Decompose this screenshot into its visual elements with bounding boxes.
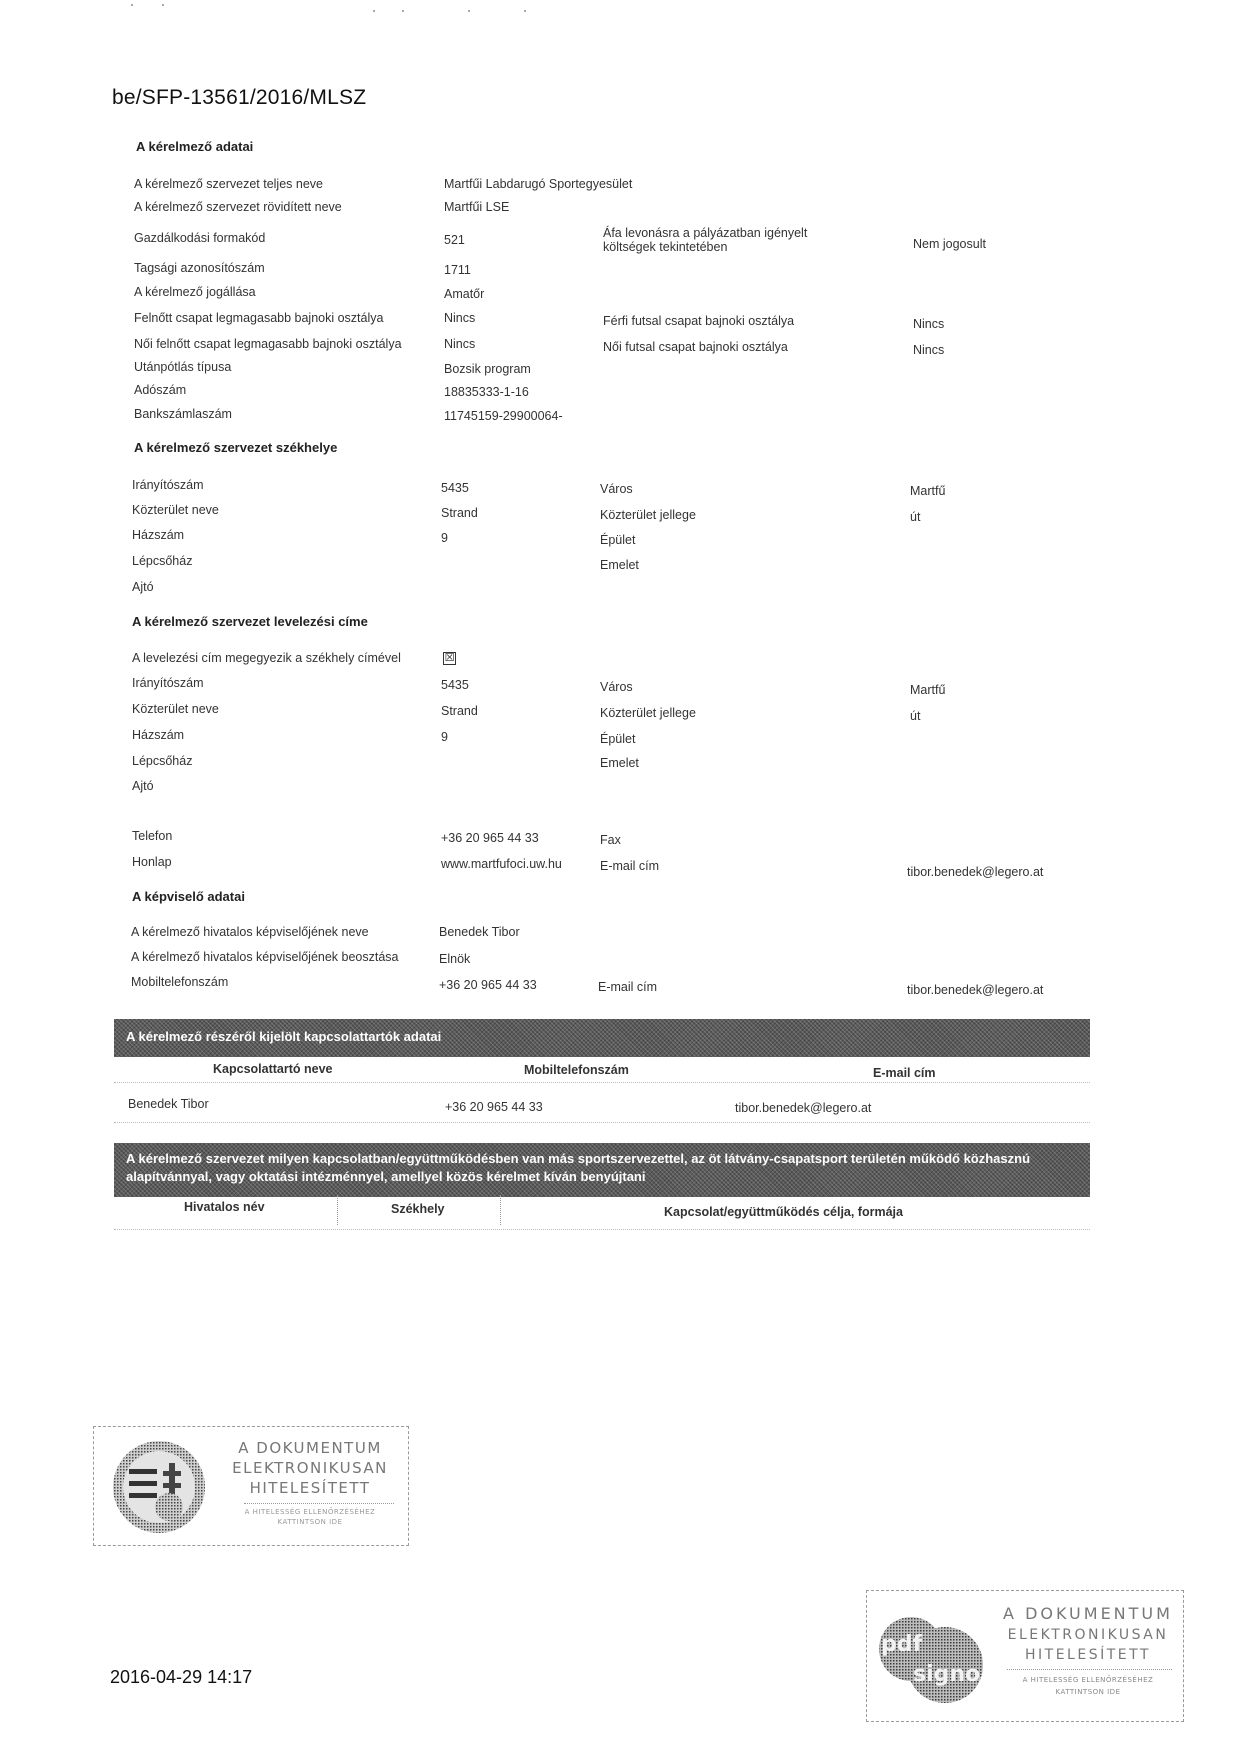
field-label: Adószám bbox=[134, 383, 186, 397]
stamp-line: A HITELESSÉG ELLENŐRZÉSÉHEZ bbox=[995, 1675, 1181, 1685]
field-value: Amatőr bbox=[444, 287, 484, 301]
field-label: Közterület jellege bbox=[600, 508, 696, 522]
field-label: Irányítószám bbox=[132, 478, 204, 492]
stamp-line: A DOKUMENTUM bbox=[995, 1605, 1181, 1623]
field-value: 11745159-29900064- bbox=[444, 409, 563, 423]
field-label: Női felnőtt csapat legmagasabb bajnoki o… bbox=[134, 337, 402, 351]
field-label: Utánpótlás típusa bbox=[134, 360, 231, 374]
cooperation-section-header: A kérelmező szervezet milyen kapcsolatba… bbox=[114, 1143, 1090, 1197]
field-value: 5435 bbox=[441, 678, 469, 692]
field-label: Lépcsőház bbox=[132, 754, 192, 768]
field-value: Bozsik program bbox=[444, 362, 531, 376]
svg-text:signo: signo bbox=[913, 1662, 980, 1687]
section-title-seat: A kérelmező szervezet székhelye bbox=[134, 440, 337, 455]
field-value: 5435 bbox=[441, 481, 469, 495]
column-header: E-mail cím bbox=[873, 1066, 936, 1080]
field-label: Közterület jellege bbox=[600, 706, 696, 720]
field-label: Felnőtt csapat legmagasabb bajnoki osztá… bbox=[134, 311, 383, 325]
field-value: Benedek Tibor bbox=[439, 925, 520, 939]
stamp-line: KATTINTSON IDE bbox=[220, 1517, 400, 1527]
row-divider bbox=[114, 1229, 1090, 1230]
timestamp: 2016-04-29 14:17 bbox=[110, 1667, 252, 1688]
stamp-line: ELEKTRONIKUSAN bbox=[995, 1626, 1181, 1644]
field-value: Strand bbox=[441, 704, 478, 718]
field-value: tibor.benedek@legero.at bbox=[907, 983, 1043, 997]
field-label: Közterület neve bbox=[132, 702, 219, 716]
scan-artifact bbox=[131, 4, 133, 6]
contacts-section-header: A kérelmező részéről kijelölt kapcsolatt… bbox=[114, 1019, 1090, 1057]
field-label: A kérelmező jogállása bbox=[134, 285, 256, 299]
field-label: Telefon bbox=[132, 829, 172, 843]
field-value: +36 20 965 44 33 bbox=[441, 831, 539, 845]
field-label: Női futsal csapat bajnoki osztálya bbox=[603, 340, 788, 354]
field-value: tibor.benedek@legero.at bbox=[907, 865, 1043, 879]
field-label: Bankszámlaszám bbox=[134, 407, 232, 421]
field-label: Épület bbox=[600, 533, 635, 547]
section-title-mailing: A kérelmező szervezet levelezési címe bbox=[132, 614, 368, 629]
column-divider bbox=[337, 1195, 338, 1225]
field-label: Emelet bbox=[600, 756, 639, 770]
field-label: Házszám bbox=[132, 528, 184, 542]
section-title-representative: A képviselő adatai bbox=[132, 889, 245, 904]
field-value: 9 bbox=[441, 730, 448, 744]
column-header: Székhely bbox=[391, 1202, 445, 1216]
field-label: Ajtó bbox=[132, 779, 154, 793]
field-value: Nem jogosult bbox=[913, 237, 986, 251]
field-label: A kérelmező hivatalos képviselőjének nev… bbox=[131, 925, 369, 939]
field-value: Martfű bbox=[910, 484, 945, 498]
field-value: Martfűi Labdarugó Sportegyesület bbox=[444, 177, 632, 191]
field-label: Tagsági azonosítószám bbox=[134, 261, 265, 275]
field-label: Honlap bbox=[132, 855, 172, 869]
stamp-line: A DOKUMENTUM bbox=[220, 1439, 400, 1457]
field-label: Ajtó bbox=[132, 580, 154, 594]
field-label: A kérelmező hivatalos képviselőjének beo… bbox=[131, 950, 399, 964]
stamp-line: HITELESÍTETT bbox=[995, 1646, 1181, 1664]
field-value: Strand bbox=[441, 506, 478, 520]
field-value: Martfűi LSE bbox=[444, 200, 509, 214]
stamp-line: HITELESÍTETT bbox=[220, 1479, 400, 1497]
column-header: Kapcsolat/együttműködés célja, formája bbox=[664, 1205, 903, 1219]
field-label: Házszám bbox=[132, 728, 184, 742]
field-value: 9 bbox=[441, 531, 448, 545]
field-label: Fax bbox=[600, 833, 621, 847]
stamp-line: ELEKTRONIKUSAN bbox=[220, 1459, 400, 1477]
stamp-line: A HITELESSÉG ELLENŐRZÉSÉHEZ bbox=[220, 1507, 400, 1517]
authentication-stamp-left: A DOKUMENTUM ELEKTRONIKUSAN HITELESÍTETT… bbox=[93, 1426, 409, 1546]
field-label: Épület bbox=[600, 732, 635, 746]
row-divider bbox=[114, 1082, 1090, 1083]
column-header: Mobiltelefonszám bbox=[524, 1063, 629, 1077]
same-as-seat-label: A levelezési cím megegyezik a székhely c… bbox=[132, 651, 401, 665]
contact-name: Benedek Tibor bbox=[128, 1097, 209, 1111]
authentication-stamp-right[interactable]: pdf signo A DOKUMENTUM ELEKTRONIKUSAN HI… bbox=[866, 1590, 1184, 1722]
field-value: Martfű bbox=[910, 683, 945, 697]
stamp-line: KATTINTSON IDE bbox=[995, 1687, 1181, 1697]
field-label: Lépcsőház bbox=[132, 554, 192, 568]
field-label: E-mail cím bbox=[598, 980, 657, 994]
field-value: út bbox=[910, 709, 920, 723]
same-as-seat-checkbox[interactable]: ☒ bbox=[443, 652, 456, 665]
field-label: E-mail cím bbox=[600, 859, 659, 873]
stamp-divider bbox=[1007, 1669, 1172, 1670]
field-value: 1711 bbox=[444, 263, 471, 277]
scan-artifact bbox=[373, 10, 375, 12]
field-value: Nincs bbox=[913, 343, 944, 357]
contact-phone: +36 20 965 44 33 bbox=[445, 1100, 543, 1114]
field-value: Nincs bbox=[913, 317, 944, 331]
scan-artifact bbox=[162, 4, 164, 6]
field-value: +36 20 965 44 33 bbox=[439, 978, 537, 992]
svg-text:pdf: pdf bbox=[881, 1632, 922, 1657]
scan-artifact bbox=[402, 10, 404, 12]
pdfsigno-logo-icon: pdf signo bbox=[875, 1609, 985, 1709]
section-title-applicant: A kérelmező adatai bbox=[136, 139, 253, 154]
field-value: 521 bbox=[444, 233, 465, 247]
scan-artifact bbox=[524, 10, 526, 12]
field-value: Elnök bbox=[439, 952, 470, 966]
field-label: A kérelmező szervezet rövidített neve bbox=[134, 200, 342, 214]
column-header: Hivatalos név bbox=[184, 1200, 265, 1214]
field-label: Gazdálkodási formakód bbox=[134, 231, 265, 245]
document-id: be/SFP-13561/2016/MLSZ bbox=[112, 86, 366, 110]
stamp-divider bbox=[244, 1503, 394, 1504]
column-header: Kapcsolattartó neve bbox=[213, 1062, 332, 1076]
contact-email: tibor.benedek@legero.at bbox=[735, 1101, 871, 1115]
scan-artifact bbox=[468, 10, 470, 12]
field-label: Férfi futsal csapat bajnoki osztálya bbox=[603, 314, 794, 328]
field-label: Irányítószám bbox=[132, 676, 204, 690]
field-label: Mobiltelefonszám bbox=[131, 975, 228, 989]
field-label: A kérelmező szervezet teljes neve bbox=[134, 177, 323, 191]
field-value: út bbox=[910, 510, 920, 524]
coat-of-arms-icon bbox=[111, 1439, 207, 1535]
field-label: Város bbox=[600, 680, 633, 694]
field-value: Nincs bbox=[444, 337, 475, 351]
field-value: 18835333-1-16 bbox=[444, 385, 529, 399]
field-label: Közterület neve bbox=[132, 503, 219, 517]
row-divider bbox=[114, 1122, 1090, 1123]
field-label: Város bbox=[600, 482, 633, 496]
field-value: www.martfufoci.uw.hu bbox=[441, 857, 562, 871]
field-value: Nincs bbox=[444, 311, 475, 325]
field-label: Áfa levonásra a pályázatban igényelt köl… bbox=[603, 226, 843, 254]
column-divider bbox=[500, 1195, 501, 1225]
field-label: Emelet bbox=[600, 558, 639, 572]
